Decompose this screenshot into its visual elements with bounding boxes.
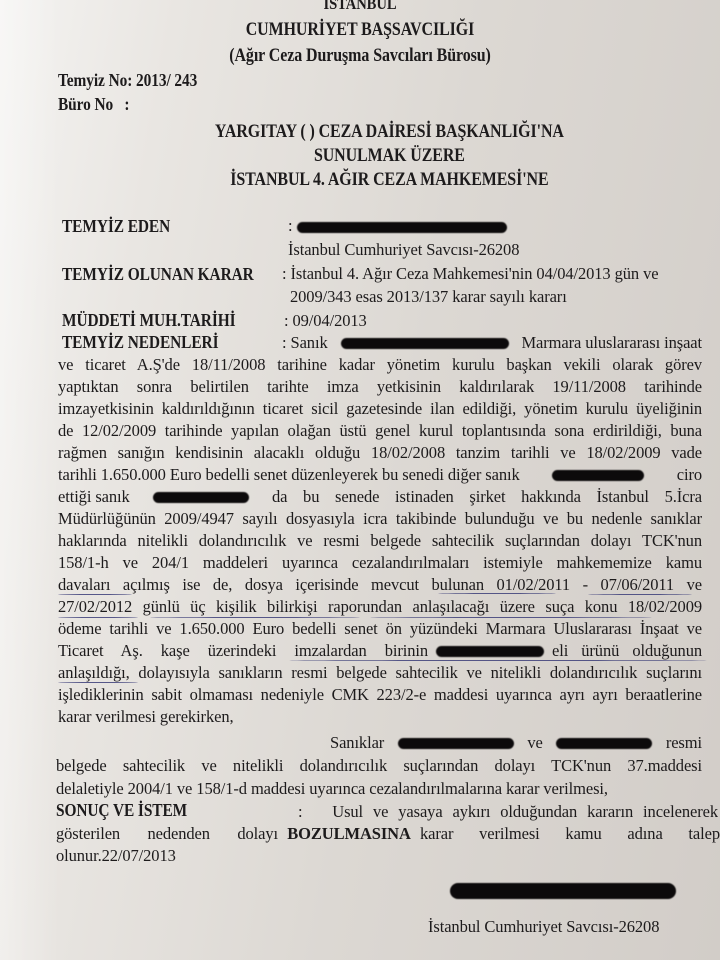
body-text: resmi bbox=[666, 733, 702, 753]
body-text: Sanıklar bbox=[330, 733, 384, 753]
temyiz-eden-title: İstanbul Cumhuriyet Savcısı-26208 bbox=[288, 240, 519, 260]
pen-underline bbox=[370, 617, 652, 618]
body-line: imzayetkisinin kaldırıldığının ticaret s… bbox=[58, 399, 702, 421]
karar-line2: 2009/343 esas 2013/137 karar sayılı kara… bbox=[290, 287, 567, 307]
body-line: anlaşıldığı, dolayısıyla sanıkların resm… bbox=[58, 663, 702, 685]
body-line: 158/1-h ve 204/1 maddeleri uyarınca ceza… bbox=[58, 553, 702, 575]
redacted-name bbox=[341, 338, 509, 349]
pen-underline bbox=[58, 682, 138, 683]
addressee-line3: İSTANBUL 4. AĞIR CEZA MAHKEMESİ'NE bbox=[58, 170, 663, 190]
muddet-value: : 09/04/2013 bbox=[284, 311, 367, 331]
nedenleri-prefix: : Sanık bbox=[282, 333, 328, 353]
body-line: Müdürlüğünün 2009/4947 sayılı dosyasıyla… bbox=[58, 509, 702, 531]
temyiz-eden-label: TEMYİZ EDEN bbox=[62, 216, 170, 236]
body-line: ödeme tarihli ve 1.650.000 Euro bedelli … bbox=[58, 619, 702, 641]
redacted-name bbox=[297, 222, 507, 233]
body-text: eli ürünü olduğunun bbox=[552, 641, 702, 661]
redacted-name bbox=[450, 883, 676, 899]
body-line-senet: tarihli 1.650.000 Euro bedelli senet düz… bbox=[58, 465, 702, 485]
body-text: ve bbox=[527, 733, 542, 753]
conclusion-line1: : Usul ve yasaya aykırı olduğundan karar… bbox=[298, 802, 718, 824]
redacted-name bbox=[398, 738, 514, 749]
karar-label: TEMYİZ OLUNAN KARAR bbox=[62, 264, 254, 284]
buro-no: Büro No : bbox=[58, 94, 129, 114]
bozulmasina-emphasis: BOZULMASINA bbox=[287, 824, 411, 844]
body-text: da bu senede istinaden şirket hakkında İ… bbox=[272, 487, 702, 507]
body-text: karar verilmesi kamu adına talep bbox=[420, 824, 720, 844]
colon: : bbox=[288, 216, 292, 235]
body-line-saniklar: Sanıklar ve resmi bbox=[330, 733, 702, 753]
document-photo: İSTANBUL CUMHURİYET BAŞSAVCILIĞI (Ağır C… bbox=[0, 0, 720, 960]
muddet-label: MÜDDETİ MUH.TARİHİ bbox=[62, 310, 236, 330]
header-city: İSTANBUL bbox=[50, 0, 669, 14]
body-text: Ticaret Aş. kaşe üzerindeki imzalardan b… bbox=[58, 641, 428, 661]
redacted-name bbox=[436, 646, 544, 657]
body-line: rağmen sanığın kendisinin alacaklı olduğ… bbox=[58, 443, 702, 465]
body-line: ve ticaret A.Ş'de 18/11/2008 tarihine ka… bbox=[58, 355, 702, 377]
body-line-ticaret: Ticaret Aş. kaşe üzerindeki imzalardan b… bbox=[58, 641, 702, 661]
header-office: CUMHURİYET BAŞSAVCILIĞI bbox=[58, 20, 663, 40]
conclusion-label: SONUÇ VE İSTEM bbox=[56, 800, 187, 820]
body-text: tarihli 1.650.000 Euro bedelli senet düz… bbox=[58, 465, 520, 485]
nedenleri-label: TEMYİZ NEDENLERİ bbox=[62, 332, 218, 352]
nedenleri-first-line: : Sanık Marmara uluslararası inşaat bbox=[282, 333, 702, 353]
pen-underline bbox=[438, 593, 556, 594]
body-line: yaptıktan sonra belirtilen tarihte imza … bbox=[58, 377, 702, 399]
addressee-line1: YARGITAY ( ) CEZA DAİRESİ BAŞKANLIĞI'NA bbox=[58, 122, 663, 142]
pen-underline bbox=[150, 617, 360, 618]
addressee-line2: SUNULMAK ÜZERE bbox=[58, 146, 663, 166]
body-line: haklarında nitelikli dolandırıcılık ve r… bbox=[58, 531, 702, 553]
pen-underline bbox=[288, 660, 708, 661]
body-line: belgede sahtecilik ve nitelikli dolandır… bbox=[56, 756, 702, 778]
conclusion-date: olunur.22/07/2013 bbox=[56, 846, 176, 866]
redacted-name bbox=[556, 738, 652, 749]
header-bureau: (Ağır Ceza Duruşma Savcıları Bürosu) bbox=[58, 46, 663, 66]
body-text: ciro bbox=[677, 465, 702, 485]
karar-line1: : İstanbul 4. Ağır Ceza Mahkemesi'nin 04… bbox=[282, 264, 658, 284]
body-line: karar verilmesi gerekirken, bbox=[58, 707, 234, 727]
body-text: ettiği sanık bbox=[58, 487, 130, 507]
redacted-name bbox=[552, 470, 644, 481]
temyiz-eden-value: : bbox=[288, 216, 507, 236]
body-text: gösterilen nedenden dolayı bbox=[56, 824, 278, 844]
temyiz-no: Temyiz No: 2013/ 243 bbox=[58, 70, 197, 90]
pen-underline bbox=[588, 594, 692, 595]
paper-lighting bbox=[0, 0, 60, 960]
body-line: delaletiyle 2004/1 ve 158/1-d maddesi uy… bbox=[56, 779, 608, 799]
pen-underline bbox=[58, 594, 132, 595]
body-line: 27/02/2012 günlü üç kişilik bilirkişi ra… bbox=[58, 597, 702, 619]
signature-title: İstanbul Cumhuriyet Savcısı-26208 bbox=[428, 917, 659, 937]
body-line: işlediklerinin sabit olmaması nedeniyle … bbox=[58, 685, 702, 707]
redacted-name bbox=[153, 492, 249, 503]
body-line: de 12/02/2009 tarihinde yapılan olağan ü… bbox=[58, 421, 702, 443]
pen-underline bbox=[58, 617, 138, 618]
conclusion-line2: gösterilen nedenden dolayı BOZULMASINA k… bbox=[56, 824, 720, 844]
body-line-ettigi: ettiği sanık da bu senede istinaden şirk… bbox=[58, 487, 702, 507]
signature-name bbox=[450, 880, 676, 900]
nedenleri-suffix: Marmara uluslararası inşaat bbox=[521, 333, 702, 353]
